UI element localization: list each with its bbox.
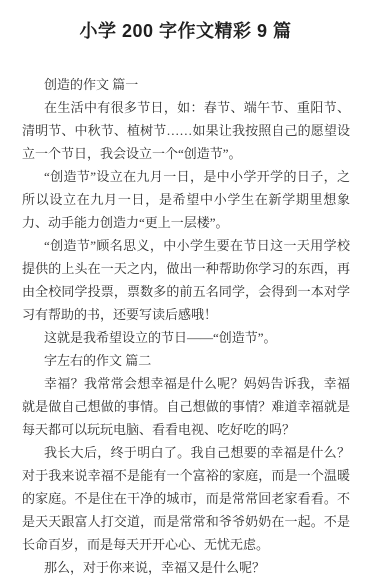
essay-one-paragraph-4: 这就是我希望设立的节日——“创造节”。 (22, 326, 350, 349)
essay-two-paragraph-3: 那么，对于你来说，幸福又是什么呢？ (22, 556, 350, 579)
document-title: 小学 200 字作文精彩 9 篇 (0, 20, 371, 42)
essay-two-paragraph-1: 幸福？我常常会想幸福是什么呢？妈妈告诉我，幸福就是做自己想做的事情。自己想做的事… (22, 372, 350, 441)
essay-two-section: 字左右的作文 篇二 幸福？我常常会想幸福是什么呢？妈妈告诉我，幸福就是做自己想做… (22, 349, 350, 579)
essay-one-paragraph-3: “创造节”顾名思义，中小学生要在节日这一天用学校提供的上头在一天之内，做出一种帮… (22, 234, 350, 326)
essay-one-paragraph-1: 在生活中有很多节日，如：春节、端午节、重阳节、清明节、中秋节、植树节……如果让我… (22, 96, 350, 165)
essay-one-section: 创造的作文 篇一 在生活中有很多节日，如：春节、端午节、重阳节、清明节、中秋节、… (22, 73, 350, 349)
essay-two-paragraph-2: 我长大后，终于明白了。我自己想要的幸福是什么？对于我来说幸福不是能有一个富裕的家… (22, 441, 350, 556)
document-page: 小学 200 字作文精彩 9 篇 创造的作文 篇一 在生活中有很多节日，如：春节… (0, 0, 371, 581)
document-body: 创造的作文 篇一 在生活中有很多节日，如：春节、端午节、重阳节、清明节、中秋节、… (22, 73, 350, 579)
essay-one-heading: 创造的作文 篇一 (22, 73, 350, 96)
essay-one-paragraph-2: “创造节”设立在九月一日，是中小学开学的日子，之所以设立在九月一日，是希望中小学… (22, 165, 350, 234)
essay-two-heading: 字左右的作文 篇二 (22, 349, 350, 372)
